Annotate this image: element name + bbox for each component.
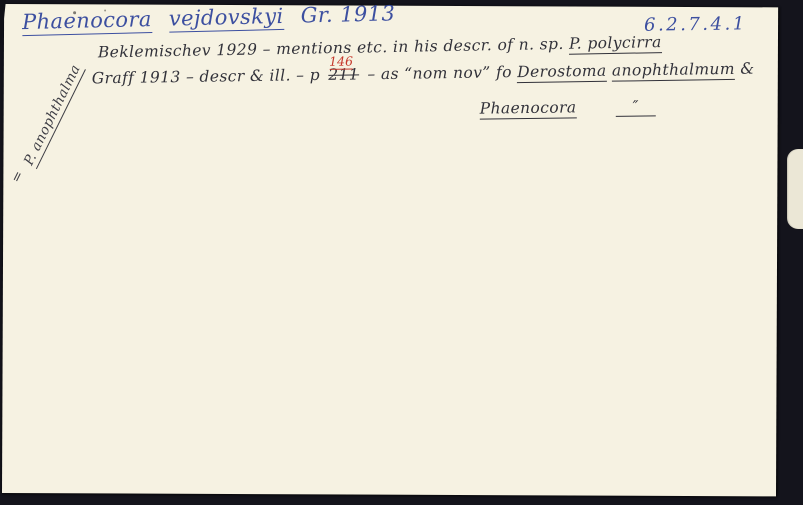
margin-note-name: P. anophthalma (21, 62, 86, 169)
citation-beklemischev-line: Beklemischev 1929 – mentions etc. in his… (98, 33, 662, 61)
scanned-index-card-page: { "colors": { "background": "#14141c", "… (0, 0, 803, 505)
beklemischev-species: P. polycirra (569, 33, 662, 55)
card-behind-tab (787, 149, 803, 229)
title-genus: Phaenocora (22, 7, 152, 36)
citation-graff-line: Graff 1913 – descr & ill. – p 211 146 – … (92, 60, 755, 88)
ditto-genus: Phaenocora (480, 98, 577, 119)
graff-synonym-genus: Derostoma (517, 62, 607, 83)
graff-text-tail: & (740, 60, 754, 78)
equals-sign: = (8, 168, 28, 186)
page-number-corrected: 146 (329, 54, 353, 70)
title-species: vejdovskyi (169, 4, 284, 33)
graff-synonym-species: anophthalmum (612, 60, 735, 82)
index-card: Phaenocora vejdovskyi Gr. 1913 6.2.7.4.1… (2, 4, 778, 496)
synonym-ditto-line: Phaenocora ″ (480, 97, 656, 118)
graff-text-mid: – as “nom nov” fo (367, 63, 517, 83)
page-number-correction: 211 146 (328, 65, 359, 83)
graff-text-lead: Graff 1913 – descr & ill. – p (92, 66, 320, 87)
margin-synonymy-note: = P. anophthalma (11, 62, 84, 187)
title-authority: Gr. 1913 (300, 1, 395, 27)
species-title-line: Phaenocora vejdovskyi Gr. 1913 (22, 1, 406, 34)
ditto-mark: ″ (616, 97, 656, 117)
